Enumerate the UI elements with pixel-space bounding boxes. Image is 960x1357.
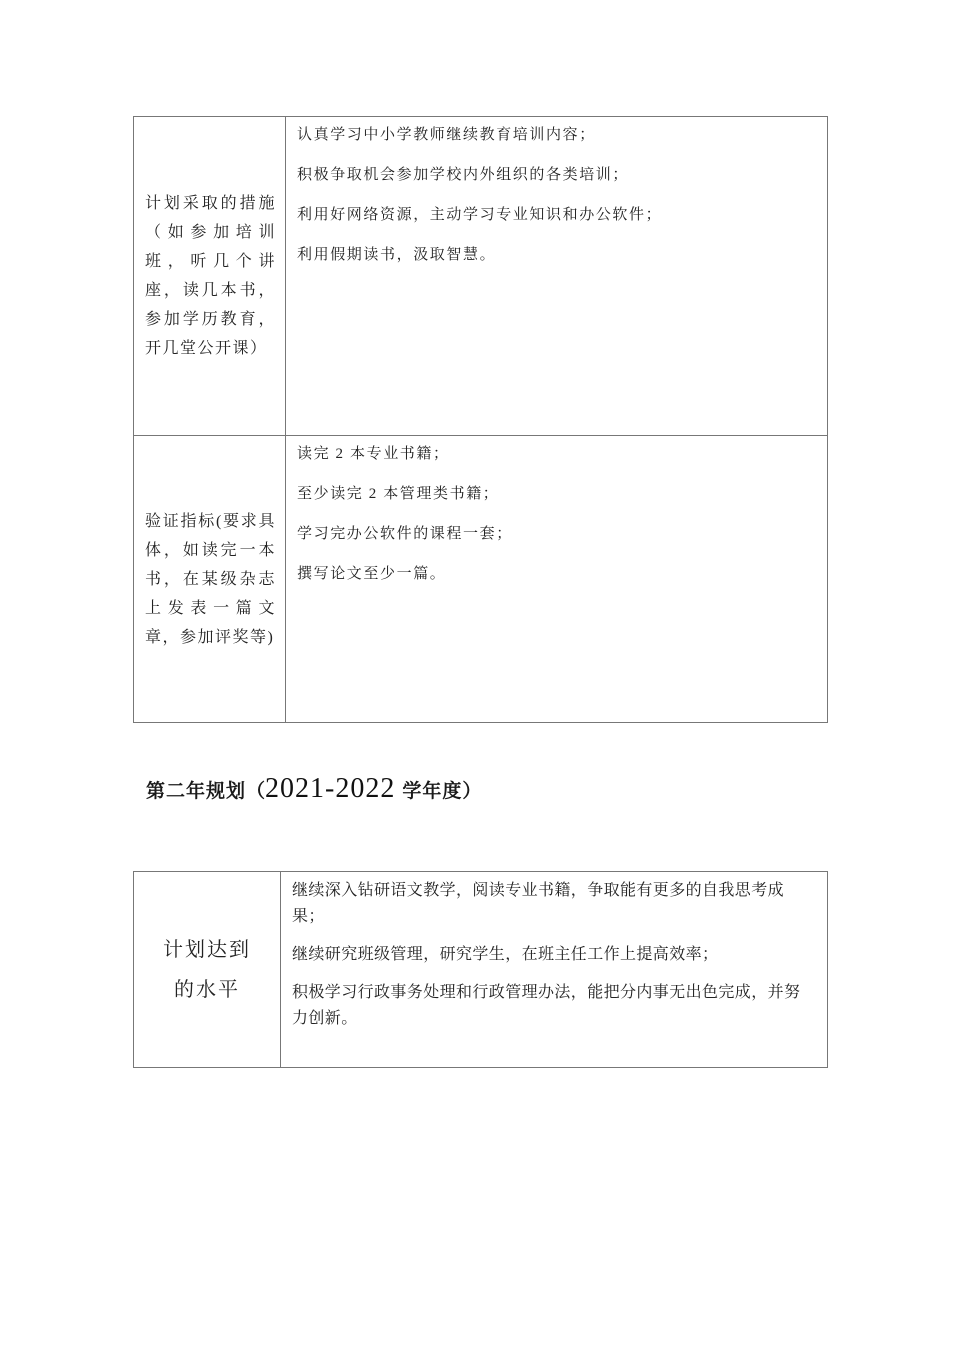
measures-item: 积极争取机会参加学校内外组织的各类培训； bbox=[297, 164, 811, 186]
measures-label: 计划采取的措施（如参加培训班，听几个讲座，读几本书，参加学历教育，开几堂公开课） bbox=[145, 189, 276, 363]
section-heading-suffix: 学年度 bbox=[402, 776, 462, 803]
section-heading-title: 第二年规划 bbox=[146, 776, 246, 803]
indicator-item: 撰写论文至少一篇。 bbox=[297, 563, 811, 585]
section-heading: 第二年规划 （ 2021-2022 学年度 ） bbox=[146, 773, 481, 805]
level-item: 积极学习行政事务处理和行政管理办法，能把分内事无出色完成，并努力创新。 bbox=[292, 980, 811, 1032]
indicator-item: 学习完办公软件的课程一套； bbox=[297, 523, 811, 545]
measures-item: 利用假期读书，汲取智慧。 bbox=[297, 244, 811, 266]
measures-item: 利用好网络资源，主动学习专业知识和办公软件； bbox=[297, 204, 811, 226]
level-table: 计划达到 的水平 继续深入钻研语文教学，阅读专业书籍，争取能有更多的自我思考成果… bbox=[133, 871, 828, 1068]
level-item: 继续研究班级管理，研究学生，在班主任工作上提高效率； bbox=[292, 942, 811, 968]
section-heading-close-paren: ） bbox=[462, 776, 481, 803]
indicator-item: 读完 2 本专业书籍； bbox=[297, 443, 811, 465]
section-heading-open-paren: （ bbox=[246, 776, 265, 803]
level-label-line1: 计划达到 bbox=[163, 930, 251, 970]
level-label-line2: 的水平 bbox=[174, 970, 240, 1010]
level-content-cell: 继续深入钻研语文教学，阅读专业书籍，争取能有更多的自我思考成果； 继续研究班级管… bbox=[281, 872, 827, 1067]
indicators-content-cell: 读完 2 本专业书籍； 至少读完 2 本管理类书籍； 学习完办公软件的课程一套；… bbox=[286, 436, 827, 722]
indicator-item: 至少读完 2 本管理类书籍； bbox=[297, 483, 811, 505]
level-label-cell: 计划达到 的水平 bbox=[134, 872, 281, 1067]
section-heading-year: 2021-2022 bbox=[265, 773, 395, 805]
level-item: 继续深入钻研语文教学，阅读专业书籍，争取能有更多的自我思考成果； bbox=[292, 878, 811, 930]
indicators-label: 验证指标(要求具体，如读完一本书，在某级杂志上发表一篇文章，参加评奖等) bbox=[145, 507, 276, 652]
indicators-label-cell: 验证指标(要求具体，如读完一本书，在某级杂志上发表一篇文章，参加评奖等) bbox=[134, 436, 286, 722]
measures-item: 认真学习中小学教师继续教育培训内容； bbox=[297, 124, 811, 146]
measures-label-cell: 计划采取的措施（如参加培训班，听几个讲座，读几本书，参加学历教育，开几堂公开课） bbox=[134, 117, 286, 436]
document-page: 计划采取的措施（如参加培训班，听几个讲座，读几本书，参加学历教育，开几堂公开课）… bbox=[0, 0, 960, 1357]
measures-table: 计划采取的措施（如参加培训班，听几个讲座，读几本书，参加学历教育，开几堂公开课）… bbox=[133, 116, 828, 723]
measures-content-cell: 认真学习中小学教师继续教育培训内容； 积极争取机会参加学校内外组织的各类培训； … bbox=[286, 117, 827, 436]
